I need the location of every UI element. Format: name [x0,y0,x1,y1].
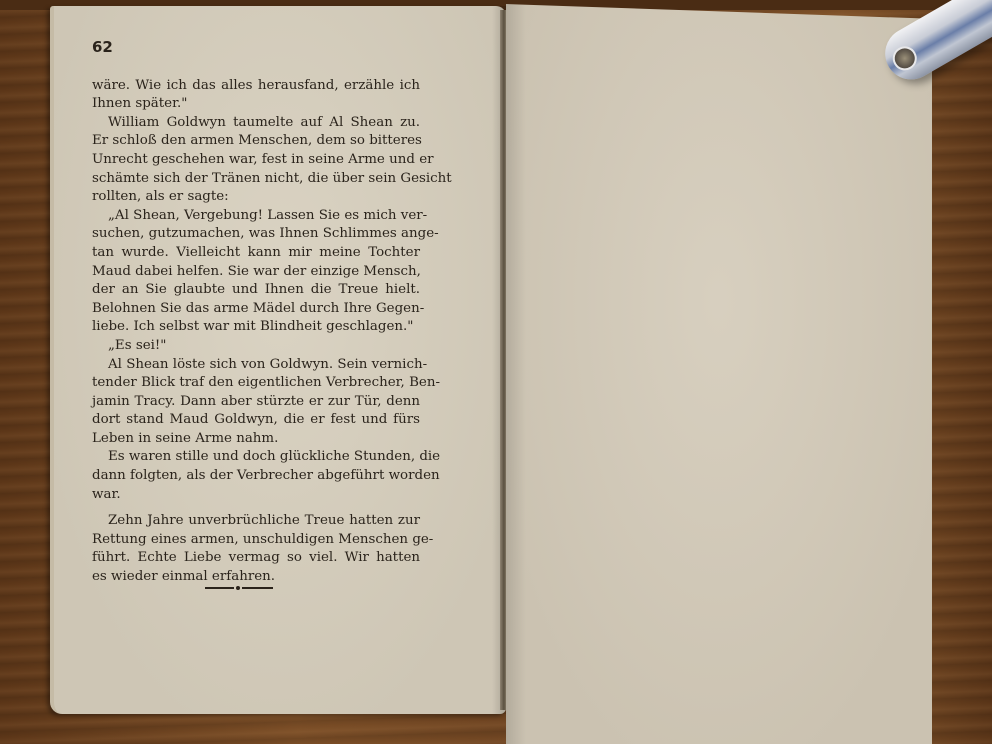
text-line: Er schloß den armen Menschen, dem so bit… [92,132,420,151]
paragraph-7: Zehn Jahre unverbrüchliche Treue hatten … [92,512,420,586]
text-line: Unrecht geschehen war, fest in seine Arm… [92,151,420,170]
ornament-dot [236,586,240,590]
paragraph-6: Es waren stille und doch glückliche Stun… [92,448,420,504]
text-line: suchen, gutzumachen, was Ihnen Schlimmes… [92,225,420,244]
text-line: schämte sich der Tränen nicht, die über … [92,170,420,189]
text-line: Zehn Jahre unverbrüchliche Treue hatten … [92,512,420,531]
text-line: dort stand Maud Goldwyn, die er fest und… [92,411,420,430]
ornament-bar-left [205,587,234,589]
text-line: rollten, als er sagte: [92,188,420,207]
text-line: jamin Tracy. Dann aber stürzte er zur Tü… [92,393,420,412]
paragraph-4: „Es sei!" [92,337,420,356]
page-number: 62 [92,38,420,57]
text-line: Belohnen Sie das arme Mädel durch Ihre G… [92,300,420,319]
text-line: Leben in seine Arme nahm. [92,430,420,449]
text-line: Rettung eines armen, unschuldigen Mensch… [92,531,420,550]
text-line: Ihnen später." [92,95,420,114]
text-line: führt. Echte Liebe vermag so viel. Wir h… [92,549,420,568]
text-line: William Goldwyn taumelte auf Al Shean zu… [92,114,420,133]
text-line: Es waren stille und doch glückliche Stun… [92,448,420,467]
left-page-text: 62 wäre. Wie ich das alles herausfand, e… [92,38,420,587]
text-line: wäre. Wie ich das alles herausfand, erzä… [92,77,420,96]
paragraph-3: „Al Shean, Vergebung! Lassen Sie es mich… [92,207,420,337]
text-line: Al Shean löste sich von Goldwyn. Sein ve… [92,356,420,375]
text-line: Maud dabei helfen. Sie war der einzige M… [92,263,420,282]
paragraph-5: Al Shean löste sich von Goldwyn. Sein ve… [92,356,420,449]
text-line: war. [92,486,420,505]
pen-tip-icon [888,42,921,75]
paragraph-1: wäre. Wie ich das alles herausfand, erzä… [92,77,420,114]
paragraph-2: William Goldwyn taumelte auf Al Shean zu… [92,114,420,207]
text-line: tender Blick traf den eigentlichen Verbr… [92,374,420,393]
paragraph-gap [92,504,420,512]
ornament-bar-right [242,587,273,589]
text-line: der an Sie glaubte und Ihnen die Treue h… [92,281,420,300]
text-line: liebe. Ich selbst war mit Blindheit gesc… [92,318,420,337]
end-ornament [205,586,273,590]
text-line: dann folgten, als der Verbrecher abgefüh… [92,467,420,486]
right-page-blank [506,4,932,744]
text-line: „Es sei!" [92,337,420,356]
text-line: tan wurde. Vielleicht kann mir meine Toc… [92,244,420,263]
text-line: es wieder einmal erfahren. [92,568,420,587]
text-line: „Al Shean, Vergebung! Lassen Sie es mich… [92,207,420,226]
